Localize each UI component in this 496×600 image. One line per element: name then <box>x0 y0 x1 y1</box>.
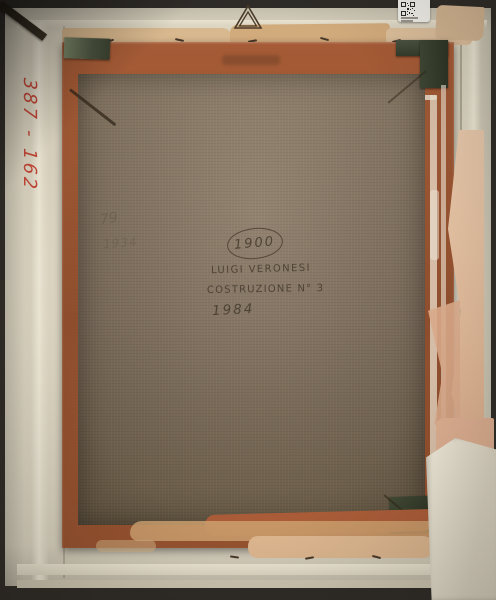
qr-sticker <box>398 0 430 22</box>
paper-remnant-bottom-left <box>96 540 156 552</box>
frame-bottom-band <box>17 564 487 575</box>
faint-year-inscription: 1934 <box>103 235 138 251</box>
frame-bottom-band-2 <box>17 580 487 588</box>
paper-patch-top-right <box>435 5 485 41</box>
stretcher-stamp-smudge <box>222 55 280 65</box>
artwork-back-photo: 1900 LUIGI VERONESI COSTRUZIONE N° 3 198… <box>0 0 496 600</box>
corner-plate-top-left <box>64 37 111 60</box>
faint-number-inscription: 79 <box>99 210 119 229</box>
paper-remnant-bottom-peach <box>248 536 433 558</box>
red-inventory-number: 387 - 162 <box>18 77 40 189</box>
circled-number: 1900 <box>234 234 276 253</box>
canvas-back <box>78 74 425 525</box>
qr-sticker-text-line <box>401 17 418 19</box>
work-title-inscription: COSTRUZIONE N° 3 <box>207 283 324 296</box>
corner-plate-top-right-vertical <box>420 40 448 88</box>
triangle-mark-icon <box>233 4 263 34</box>
paper-fold-bottom-right <box>426 438 496 600</box>
qr-sticker-text-line <box>401 20 413 22</box>
qr-code-icon <box>401 2 415 16</box>
year-inscription: 1984 <box>212 301 255 319</box>
